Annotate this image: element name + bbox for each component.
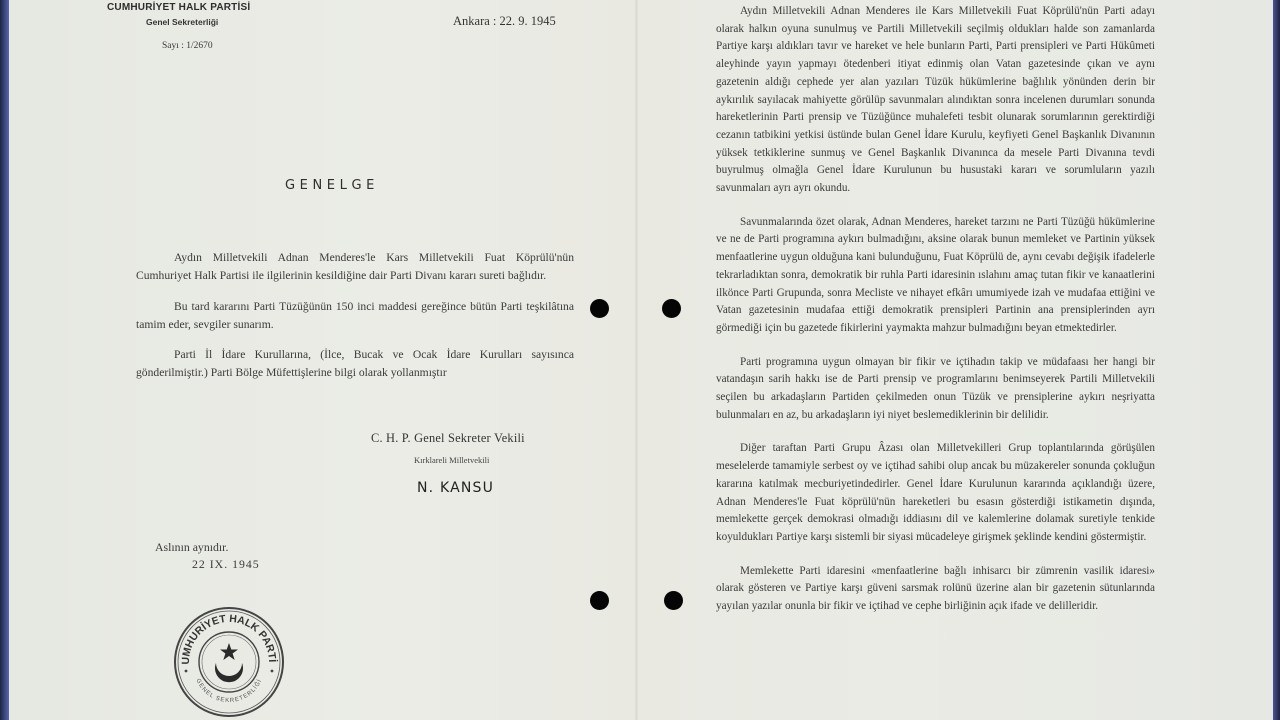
- punch-hole-icon: [662, 299, 681, 318]
- scanner-edge-right: [1273, 0, 1280, 720]
- signature-title: C. H. P. Genel Sekreter Vekili: [371, 431, 525, 446]
- scanner-edge-left: [0, 0, 9, 720]
- letterhead-department: Genel Sekreterliği: [146, 17, 218, 27]
- punch-hole-icon: [590, 591, 609, 610]
- place-date: Ankara : 22. 9. 1945: [453, 14, 556, 29]
- certification-note: Aslının aynıdır.: [155, 540, 228, 555]
- right-paragraph: Memlekette Parti idaresini «menfaatlerin…: [716, 563, 1155, 616]
- punch-hole-icon: [664, 591, 683, 610]
- right-body: Aydın Milletvekili Adnan Menderes ile Ka…: [716, 3, 1155, 632]
- page-fold: [635, 0, 638, 720]
- document-title: GENELGE: [285, 178, 379, 193]
- right-paragraph: Savunmalarında özet olarak, Adnan Mender…: [716, 214, 1155, 338]
- punch-hole-icon: [590, 299, 609, 318]
- left-body: Aydın Milletvekili Adnan Menderes'le Kar…: [136, 249, 574, 395]
- left-paragraph: Aydın Milletvekili Adnan Menderes'le Kar…: [136, 249, 574, 286]
- certification-date: 22 IX. 1945: [192, 557, 260, 572]
- right-paragraph: Aydın Milletvekili Adnan Menderes ile Ka…: [716, 3, 1155, 198]
- signature-subtitle: Kırklareli Milletvekili: [414, 455, 489, 465]
- left-paragraph: Bu tard kararını Parti Tüzüğünün 150 inc…: [136, 298, 574, 335]
- right-paragraph: Parti programına uygun olmayan bir fikir…: [716, 354, 1155, 425]
- right-paragraph: Diğer taraftan Parti Grupu Âzası olan Mi…: [716, 440, 1155, 546]
- signature-name: N. KANSU: [417, 480, 494, 496]
- letterhead-organization: CUMHURİYET HALK PARTİSİ: [107, 2, 250, 13]
- left-paragraph: Parti İl İdare Kurullarına, (İlce, Bucak…: [136, 346, 574, 383]
- party-seal-icon: CUMHURİYET HALK PARTİSİ GENEL SEKRETERLİ…: [172, 605, 286, 719]
- reference-number: Sayı : 1/2670: [162, 41, 213, 51]
